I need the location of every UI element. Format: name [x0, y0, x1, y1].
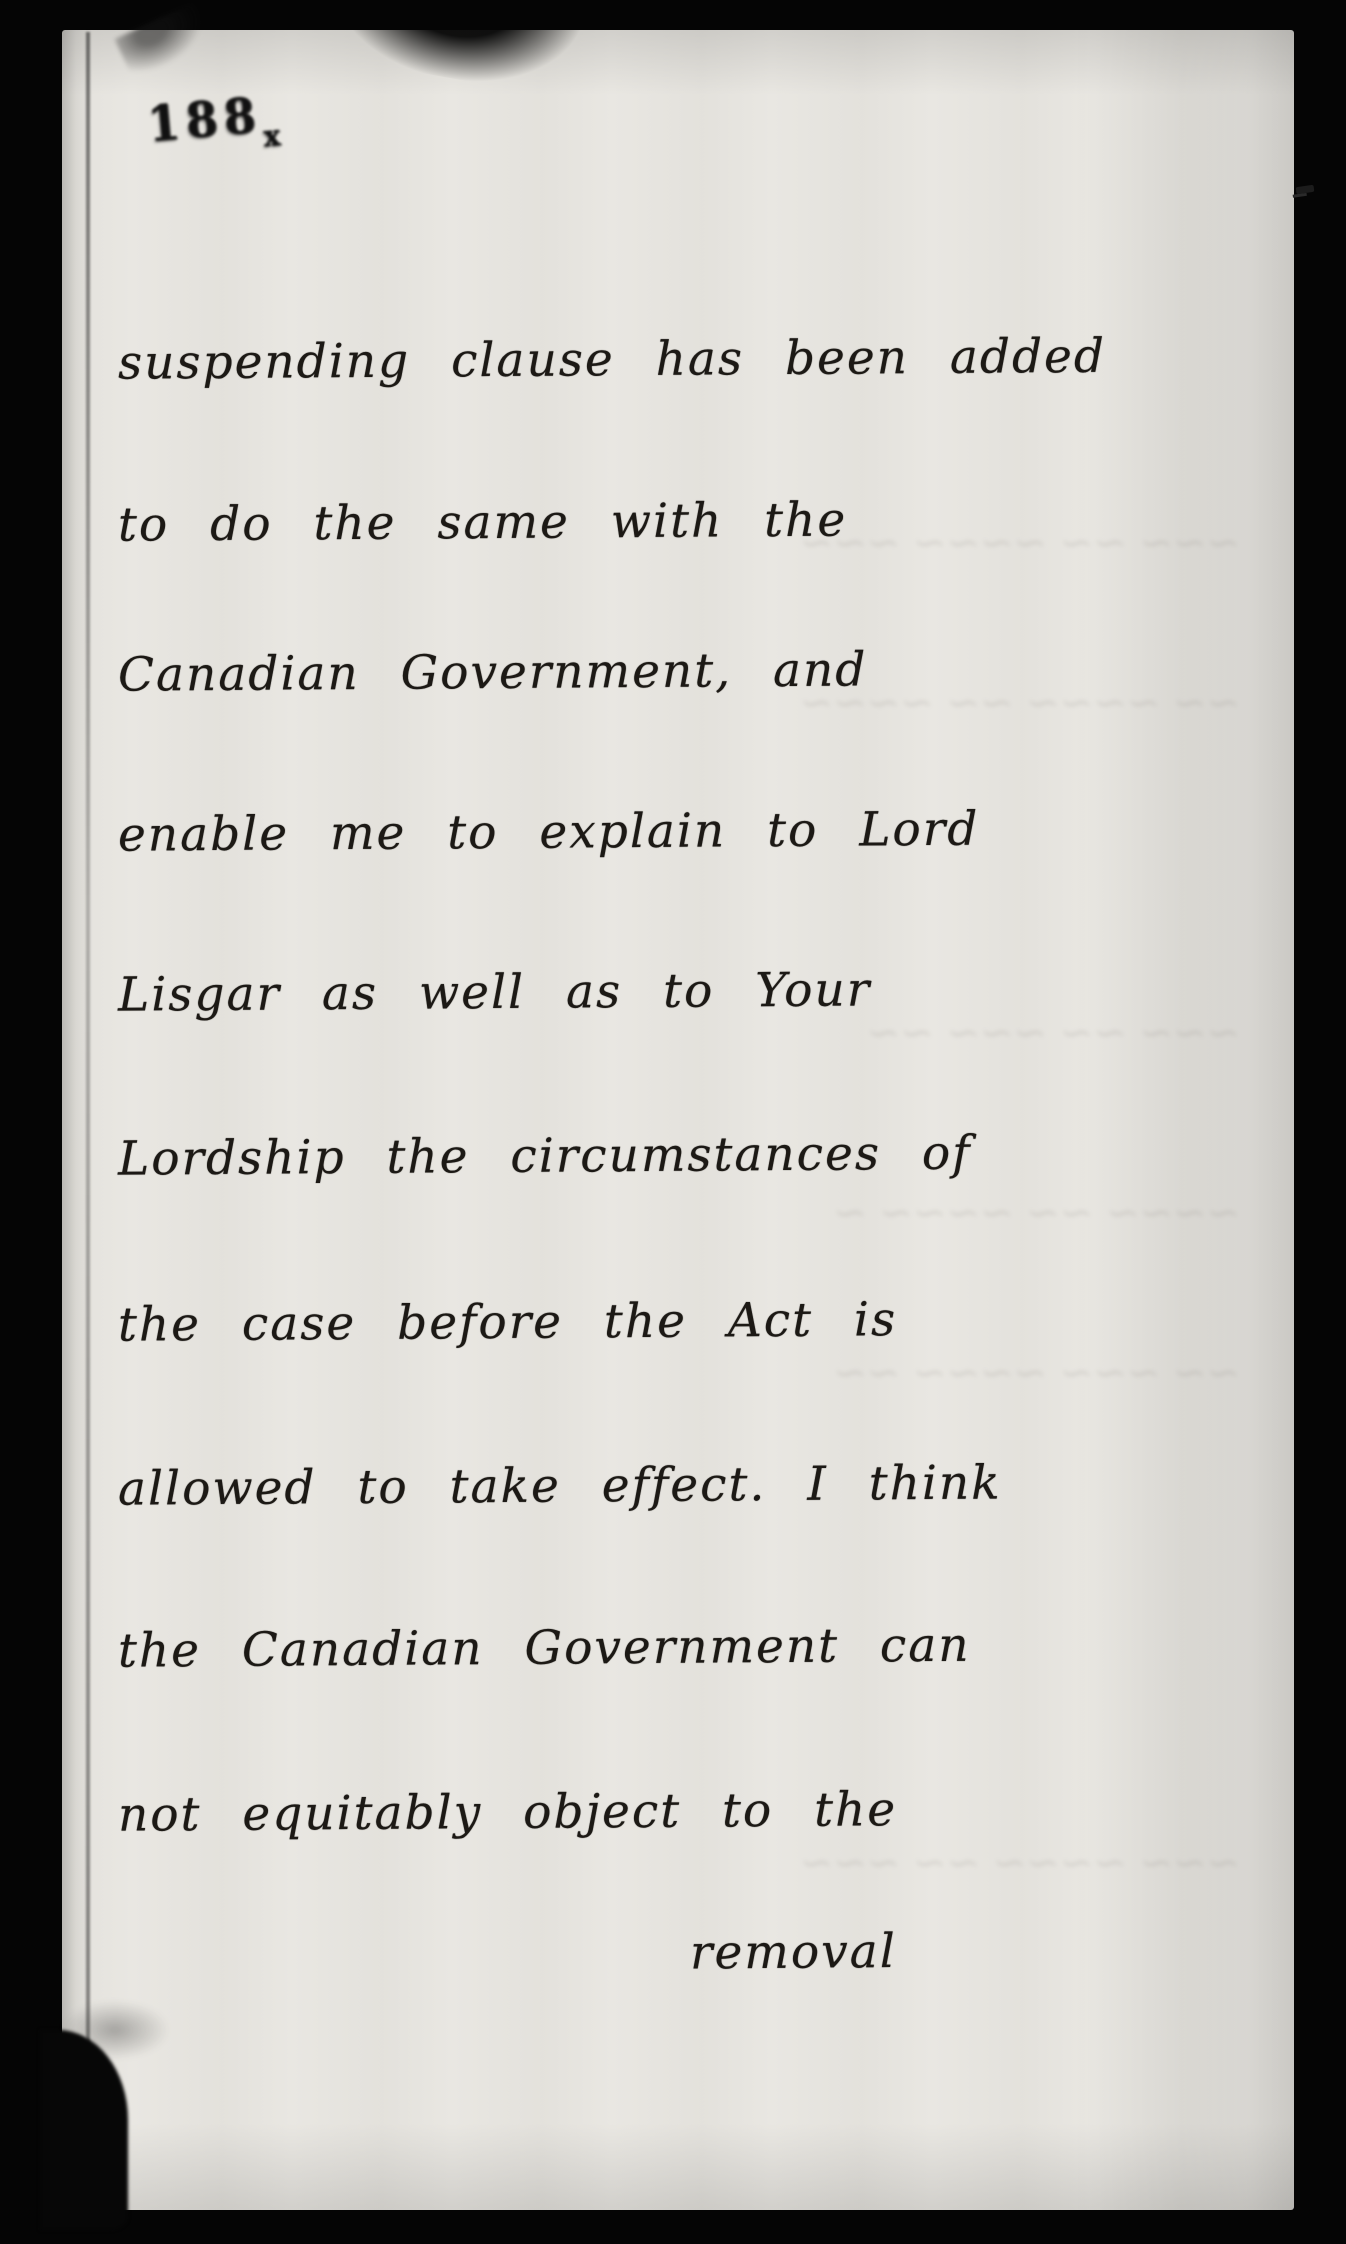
gutter-shadow: [86, 32, 90, 2202]
handwritten-line-8: allowed to take effect. I think: [118, 1454, 1168, 1516]
catchword-line: removal: [690, 1923, 1110, 1981]
film-edge-mark: [1296, 185, 1315, 194]
handwritten-line-5: Lisgar as well as to Your: [118, 960, 1168, 1022]
handwritten-line-4: enable me to explain to Lord: [118, 800, 1168, 862]
microfilm-scan: 188x suspending clause has been added to…: [0, 0, 1346, 2244]
stamp-suffix: x: [262, 117, 282, 153]
handwritten-line-1: suspending clause has been added: [118, 328, 1168, 390]
handwritten-line-7: the case before the Act is: [118, 1290, 1168, 1352]
handwritten-line-9: the Canadian Government can: [118, 1616, 1168, 1678]
handwritten-line-10: not equitably object to the: [118, 1780, 1168, 1842]
handwritten-line-3: Canadian Government, and: [118, 640, 1168, 702]
stamp-number: 188: [145, 86, 264, 152]
handwritten-line-2: to do the same with the: [118, 490, 1168, 552]
handwritten-line-6: Lordship the circumstances of: [118, 1124, 1168, 1186]
page-number-stamp: 188x: [145, 85, 281, 163]
